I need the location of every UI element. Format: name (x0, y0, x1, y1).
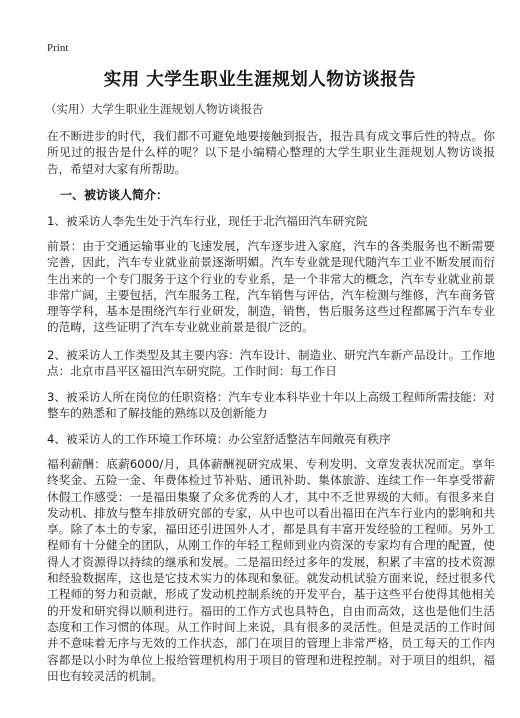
item-4: 4、被采访人的工作环境工作环境：办公室舒适整洁车间敞亮有秩序 (47, 431, 495, 447)
item-2: 2、被采访人工作类型及其主要内容：汽车设计、制造业、研究汽车新产品设计。工作地点… (47, 347, 495, 380)
benefits-paragraph: 福利薪酬：底薪6000/月，具体薪酬视研究成果、专利发明、文章发表状况而定。享年… (47, 456, 495, 684)
item-3: 3、被采访人所在岗位的任职资格：汽车专业本科毕业十年以上高级工程师所需技能：对整… (47, 389, 495, 422)
item-1: 1、被采访人李先生处于汽车行业，现任于北汽福田汽车研究院 (47, 213, 495, 229)
print-label: Print (47, 42, 68, 54)
intro-paragraph: 在不断进步的时代，我们都不可避免地要接触到报告，报告具有成文事后性的特点。你所见… (47, 128, 495, 177)
section-heading: 一、被访谈人简介： (60, 186, 168, 203)
document-subtitle: （实用）大学生职业生涯规划人物访谈报告 (45, 101, 264, 117)
prospects-paragraph: 前景：由于交通运输事业的飞速发展，汽车逐步进入家庭，汽车的各类服务也不断需要完善… (47, 238, 495, 336)
document-title: 实用 大学生职业生涯规划人物访谈报告 (0, 66, 520, 91)
